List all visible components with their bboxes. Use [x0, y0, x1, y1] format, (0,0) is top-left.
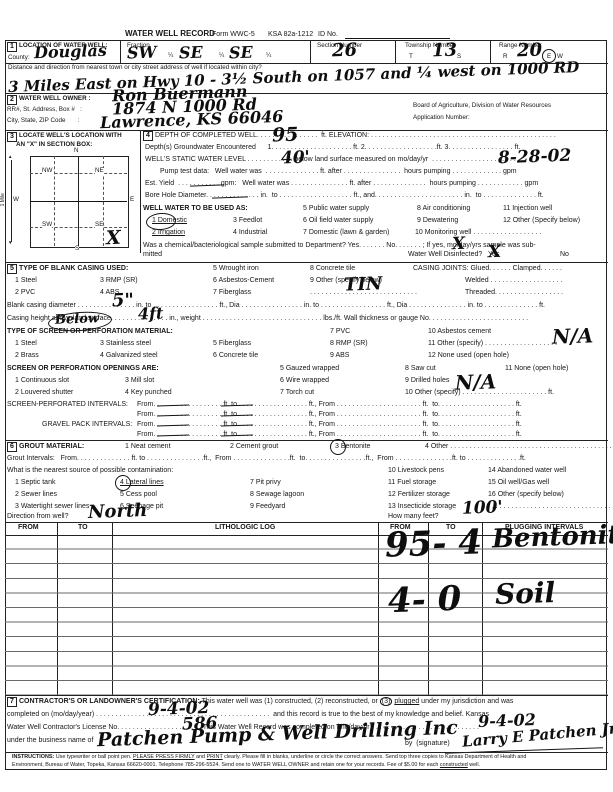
divider — [490, 40, 491, 63]
option-cess-pool: 5 Cess pool — [120, 491, 157, 499]
compass-s: S — [75, 246, 79, 253]
option-pvc: 2 PVC — [15, 289, 35, 297]
quadrant-sw: SW — [42, 222, 52, 229]
option-saw-cut: 8 Saw cut — [405, 365, 436, 373]
option-grout-other: 4 Other . . . . . . . . . . . . . . . . … — [425, 443, 613, 451]
option-public-supply: 5 Public water supply — [303, 205, 369, 213]
signature-label: by (signature) — [405, 740, 450, 748]
option-domestic-lawn: 7 Domestic (lawn & garden) — [303, 229, 389, 237]
mile-arrow — [11, 160, 12, 242]
option-other-use: 12 Other (Specify below) — [503, 217, 580, 225]
interval-line: From. . . . . . . . . . . . . . . . . . … — [137, 431, 522, 439]
feet-value: 100' — [462, 499, 503, 517]
option-industrial: 4 Industrial — [233, 229, 267, 237]
section-4-number: 4 — [143, 131, 153, 141]
option-sewage-lagoon: 8 Sewage lagoon — [250, 491, 304, 499]
option-monitoring-well: 10 Monitoring well . . . . . . . . . . .… — [415, 229, 541, 237]
id-number-label: ID No. — [318, 31, 338, 39]
form-number: Form WWC-5 — [212, 31, 255, 39]
plugging-material-2: Soil — [495, 579, 556, 609]
option-rmp: 3 RMP (SR) — [100, 277, 138, 285]
locate-title-2: AN "X" IN SECTION BOX: — [16, 142, 92, 149]
section-5-number: 5 — [7, 264, 17, 274]
owner-label: WATER WELL OWNER : — [19, 96, 90, 103]
constructed-underlined: constructed — [440, 762, 468, 768]
option-irrigation: 2 Irrigation — [152, 229, 185, 237]
instructions-label: INSTRUCTIONS: — [12, 754, 54, 760]
joints-threaded: Threaded. . . . . . . . . . . . . . . . … — [465, 289, 563, 297]
divider — [5, 130, 608, 131]
option-asbestos: 10 Asbestos cement — [428, 328, 491, 336]
mile-label: 1 Mile — [1, 193, 7, 206]
instructions-text: Use typewriter or ball point pen. — [54, 754, 133, 760]
option-none-open: 11 None (open hole) — [505, 365, 568, 373]
business-name-label: under the business name of — [7, 737, 93, 745]
sample-line-2: mitted — [143, 251, 162, 259]
groundwater-line: Depth(s) Groundwater Encountered 1. . . … — [145, 144, 520, 152]
table-header-lithologic: LITHOLOGIC LOG — [215, 524, 275, 531]
form-ksa: KSA 82a-1212 — [268, 31, 313, 39]
interval-line: From. . . . . . . . . . . . . . . . . . … — [137, 421, 522, 429]
range-value: 20 — [517, 42, 543, 61]
option-steel: 1 Steel — [15, 277, 37, 285]
certification-text-end: under my jurisdiction and was — [419, 698, 513, 705]
option-insecticide: 13 Insecticide storage — [388, 503, 456, 511]
option-fertilizer: 12 Fertilizer storage — [388, 491, 450, 499]
instructions-text: clearly. Please fill in blanks, underlin… — [223, 754, 527, 760]
divider — [120, 40, 121, 63]
instructions-text: and — [195, 754, 207, 760]
interval-line: From. . . . . . . . . . . . . . . . . . … — [137, 401, 522, 409]
id-number-blank — [345, 38, 450, 39]
contamination-label: What is the nearest source of possible c… — [7, 467, 173, 475]
divider — [140, 130, 141, 253]
county-label: County: — [8, 55, 30, 62]
quadrant-se: SE — [95, 222, 103, 229]
interval-line: From. . . . . . . . . . . . . . . . . . … — [137, 411, 522, 419]
divider — [5, 93, 608, 94]
option-oil-gas-well: 15 Oil well/Gas well — [488, 479, 549, 487]
pump-test-line: Pump test data: Well water was . . . . .… — [160, 168, 517, 176]
disinfected-no-label: No — [560, 251, 569, 259]
screen-intervals-label: SCREEN-PERFORATED INTERVALS: — [7, 401, 128, 409]
quarter-line — [54, 156, 55, 246]
option-fuel-storage: 11 Fuel storage — [388, 479, 436, 487]
option-injection-well: 11 Injection well — [503, 205, 552, 213]
city-label: City, State, ZIP Code : — [7, 118, 80, 125]
joints-welded: Welded . . . . . . . . . . . . . . . . .… — [465, 277, 563, 285]
option-asbestos-cement: 6 Asbestos-Cement — [213, 277, 274, 285]
quarter-mark: ¼ — [219, 53, 224, 60]
section-6-number: 6 — [7, 442, 17, 452]
option-oil-field: 6 Oil field water supply — [303, 217, 373, 225]
compass-w: W — [13, 197, 19, 204]
section-box-midline — [30, 201, 127, 202]
bore-hole-line: Bore Hole Diameter. . . . . . . . . . . … — [145, 192, 544, 200]
direction-label: Direction from well? — [7, 513, 68, 521]
option-key-punched: 4 Key punched — [125, 389, 172, 397]
address-label: RR#, St. Address, Box # : — [7, 107, 82, 114]
option-air-conditioning: 8 Air conditioning — [417, 205, 470, 213]
table-header-from: FROM — [18, 524, 39, 531]
table-header-to: TO — [78, 524, 88, 531]
option-sewer-lines: 2 Sewer lines — [15, 491, 57, 499]
screen-material-label: TYPE OF SCREEN OR PERFORATION MATERIAL: — [7, 328, 173, 336]
option-continuous-slot: 1 Continuous slot — [15, 377, 69, 385]
option-dewatering: 9 Dewatering — [417, 217, 458, 225]
option-screen-other: 11 Other (specify) . . . . . . . . . . .… — [428, 340, 557, 348]
option-livestock: 10 Livestock pens — [388, 467, 444, 475]
option-torch-cut: 7 Torch cut — [280, 389, 314, 397]
press-firmly-underlined: PLEASE PRESS FIRMLY — [133, 754, 195, 760]
instructions-text-2: Environment, Bureau of Water, Topeka, Ka… — [12, 762, 440, 768]
plugging-interval-1: 95- 4 — [384, 525, 482, 562]
gravel-pack-label: GRAVEL PACK INTERVALS: — [42, 421, 132, 429]
certification-text: This water well was (1) constructed, (2)… — [200, 698, 380, 705]
fraction-3: SE — [229, 45, 253, 62]
option-screen-rmp: 8 RMP (SR) — [330, 340, 368, 348]
contamination-other-blank: . . . . . . . . . . . . . . . . . . . . … — [488, 503, 611, 511]
grout-label: GROUT MATERIAL: — [19, 443, 84, 451]
grout-intervals-line: Grout Intervals: From. . . . . . . . . .… — [7, 455, 526, 463]
static-level-line: WELL'S STATIC WATER LEVEL . . . . . . . … — [145, 156, 524, 164]
option-abandoned-well: 14 Abandoned water well — [488, 467, 566, 475]
locate-title-1: LOCATE WELL'S LOCATION WITH — [19, 133, 122, 140]
option-cement-grout: 2 Cement grout — [230, 443, 278, 451]
depth-line: DEPTH OF COMPLETED WELL. . . . . . . . .… — [155, 132, 556, 140]
divider — [5, 695, 608, 696]
township-value: 13 — [432, 42, 458, 61]
disinfected-label: Water Well Disinfected? Yes — [408, 251, 499, 259]
depth-value: 95 — [272, 126, 299, 146]
casing-other-value: TIN — [344, 275, 383, 294]
township-s: S — [457, 54, 461, 61]
diameter-line: Blank casing diameter . . . . . . . . . … — [7, 302, 545, 310]
static-level-value: 40' — [281, 150, 310, 168]
water-well-record-form: WATER WELL RECORD Form WWC-5 KSA 82a-121… — [0, 0, 613, 792]
section-number-value: 26 — [332, 42, 358, 61]
option-brass: 2 Brass — [15, 352, 39, 360]
use-label: WELL WATER TO BE USED AS: — [143, 205, 248, 213]
compass-e: E — [130, 197, 134, 204]
table-rows — [5, 535, 608, 695]
section-1-number: 1 — [7, 42, 17, 52]
direction-value: North — [88, 502, 148, 522]
township-t: T — [409, 54, 413, 61]
sample-line: Was a chemical/bacteriological sample su… — [143, 242, 536, 250]
divider — [5, 440, 608, 441]
feet-label: How many feet? — [388, 513, 439, 521]
option-galvanized: 4 Galvanized steel — [100, 352, 158, 360]
option-screen-abs: 9 ABS — [330, 352, 349, 360]
divider — [5, 262, 608, 263]
option-drilled-holes: 9 Drilled holes — [405, 377, 449, 385]
option-watertight-sewer: 3 Watertight sewer lines — [15, 503, 89, 511]
option-septic-tank: 1 Septic tank — [15, 479, 55, 487]
openings-other-value: N/A — [455, 371, 497, 392]
section-2-number: 2 — [7, 95, 17, 105]
quadrant-ne: NE — [95, 168, 104, 175]
option-neat-cement: 1 Neat cement — [125, 443, 171, 451]
divider — [310, 40, 311, 63]
fraction-2: SE — [179, 45, 203, 62]
casing-joints-label: CASING JOINTS: Glued. . . . . . Clamped.… — [413, 265, 562, 273]
option-none-used: 12 None used (open hole) — [428, 352, 509, 360]
divider — [395, 40, 396, 63]
diameter-value: 5" — [112, 292, 135, 311]
option-pit-privy: 7 Pit privy — [250, 479, 281, 487]
screen-other-value: N/A — [552, 325, 594, 346]
option-wrought-iron: 5 Wrought iron — [213, 265, 259, 273]
plugging-material-1: Bentonite — [492, 521, 613, 552]
mile-arrow-up: ▲ — [8, 155, 12, 160]
option-screen-steel: 1 Steel — [15, 340, 37, 348]
print-underlined: PRINT — [207, 754, 223, 760]
divider — [5, 752, 608, 753]
option-screen-concrete: 6 Concrete tile — [213, 352, 258, 360]
option-wire-wrapped: 6 Wire wrapped — [280, 377, 329, 385]
circled-plugged-number: (3) — [380, 697, 393, 706]
height-value: 4ft — [138, 306, 164, 323]
option-gauzed: 5 Gauzed wrapped — [280, 365, 339, 373]
application-number-label: Application Number: — [413, 115, 470, 122]
disinfected-x-mark: X — [488, 244, 502, 261]
option-feedyard: 9 Feedyard — [250, 503, 285, 511]
well-x-mark: X — [106, 229, 121, 249]
option-feedlot: 3 Feedlot — [233, 217, 262, 225]
quarter-mark: ¼ — [266, 53, 271, 60]
quarter-mark: ¼ — [168, 53, 173, 60]
option-fiberglass: 7 Fiberglass — [213, 289, 251, 297]
option-screen-fiberglass: 5 Fiberglass — [213, 340, 251, 348]
form-title: WATER WELL RECORD — [125, 30, 215, 39]
plugged-underlined: plugged — [394, 698, 419, 705]
static-date-value: 8-28-02 — [498, 148, 572, 168]
fraction-1: SW — [127, 44, 157, 61]
openings-label: SCREEN OR PERFORATION OPENINGS ARE: — [7, 365, 159, 373]
option-screen-pvc: 7 PVC — [330, 328, 350, 336]
instructions-text-2: well. — [468, 762, 480, 768]
option-louvered: 2 Louvered shutter — [15, 389, 73, 397]
plugging-interval-2: 4- 0 — [387, 582, 461, 619]
quadrant-nw: NW — [42, 168, 53, 175]
option-stainless: 3 Stainless steel — [100, 340, 151, 348]
county-value: Douglas — [34, 43, 107, 62]
mile-arrow-down: ▼ — [8, 241, 12, 246]
yield-line: Est. Yield . . . . . . . . . . . gpm: We… — [145, 180, 538, 188]
board-label: Board of Agriculture, Division of Water … — [413, 103, 551, 110]
section-7-number: 7 — [7, 697, 17, 707]
option-mill-slot: 3 Mill slot — [125, 377, 154, 385]
compass-n: N — [74, 148, 79, 155]
option-concrete-tile: 8 Concrete tile — [310, 265, 355, 273]
casing-label: TYPE OF BLANK CASING USED: — [19, 265, 128, 273]
